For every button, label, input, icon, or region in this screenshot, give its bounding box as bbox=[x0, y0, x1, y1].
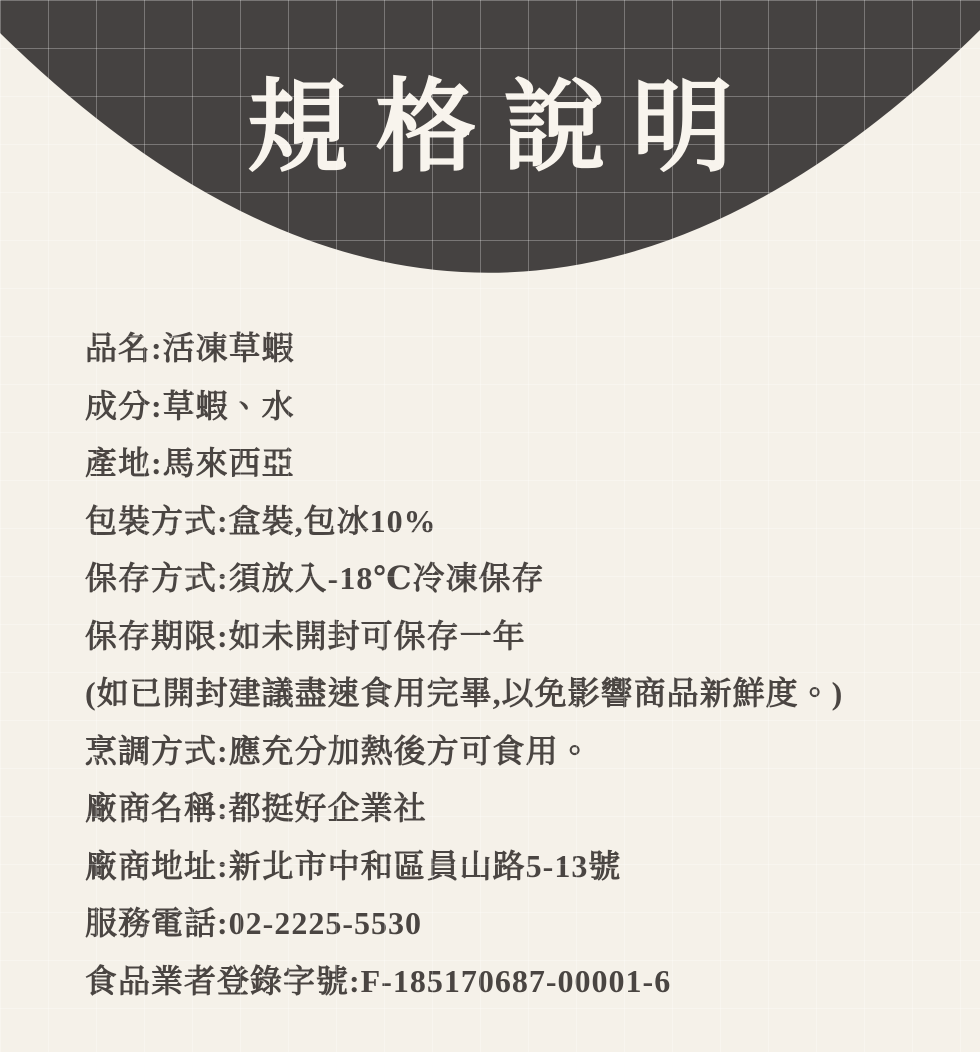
spec-line-value: 應充分加熱後方可食用。 bbox=[229, 733, 592, 769]
spec-line-shelf-life: 保存期限:如未開封可保存一年 bbox=[85, 608, 960, 666]
spec-line-value: 活凍草蝦 bbox=[163, 330, 295, 366]
spec-line-label: 產地: bbox=[85, 445, 163, 481]
spec-line-manufacturer-address: 廠商地址:新北市中和區員山路5-13號 bbox=[85, 838, 960, 896]
spec-page: { "colors": { "background": "#f5f1e9", "… bbox=[0, 0, 980, 1052]
spec-line-label: 廠商名稱: bbox=[85, 790, 229, 826]
spec-list: 品名:活凍草蝦 成分:草蝦、水 產地:馬來西亞 包裝方式:盒裝,包冰10% 保存… bbox=[85, 320, 960, 1010]
spec-line-label: 成分: bbox=[85, 388, 163, 424]
spec-line-ingredients: 成分:草蝦、水 bbox=[85, 378, 960, 436]
spec-line-value: 盒裝,包冰10% bbox=[229, 503, 437, 539]
spec-line-value: F-185170687-00001-6 bbox=[361, 963, 672, 999]
spec-line-value: 如未開封可保存一年 bbox=[229, 618, 526, 654]
spec-line-shelf-life-note: (如已開封建議盡速食用完畢,以免影響商品新鮮度。) bbox=[85, 665, 960, 723]
spec-line-storage-method: 保存方式:須放入-18℃冷凍保存 bbox=[85, 550, 960, 608]
spec-line-value: 須放入-18℃冷凍保存 bbox=[229, 560, 545, 596]
spec-line-label: 保存期限: bbox=[85, 618, 229, 654]
spec-line-label: 廠商地址: bbox=[85, 848, 229, 884]
spec-line-label: 品名: bbox=[85, 330, 163, 366]
spec-line-packaging: 包裝方式:盒裝,包冰10% bbox=[85, 493, 960, 551]
spec-line-cooking-method: 烹調方式:應充分加熱後方可食用。 bbox=[85, 723, 960, 781]
spec-line-registration-number: 食品業者登錄字號:F-185170687-00001-6 bbox=[85, 953, 960, 1011]
spec-line-origin: 產地:馬來西亞 bbox=[85, 435, 960, 493]
spec-line-service-phone: 服務電話:02-2225-5530 bbox=[85, 895, 960, 953]
spec-line-label: 保存方式: bbox=[85, 560, 229, 596]
spec-line-label: 食品業者登錄字號: bbox=[85, 963, 361, 999]
spec-line-manufacturer-name: 廠商名稱:都挺好企業社 bbox=[85, 780, 960, 838]
spec-line-value: 馬來西亞 bbox=[163, 445, 295, 481]
spec-line-value: 02-2225-5530 bbox=[229, 905, 422, 941]
spec-line-value: 新北市中和區員山路5-13號 bbox=[229, 848, 622, 884]
spec-line-label: 包裝方式: bbox=[85, 503, 229, 539]
spec-line-value: 草蝦、水 bbox=[163, 388, 295, 424]
spec-line-value: (如已開封建議盡速食用完畢,以免影響商品新鮮度。) bbox=[85, 675, 843, 711]
page-title: 規格說明 bbox=[0, 72, 980, 185]
spec-line-label: 烹調方式: bbox=[85, 733, 229, 769]
spec-line-value: 都挺好企業社 bbox=[229, 790, 427, 826]
spec-line-product-name: 品名:活凍草蝦 bbox=[85, 320, 960, 378]
spec-line-label: 服務電話: bbox=[85, 905, 229, 941]
